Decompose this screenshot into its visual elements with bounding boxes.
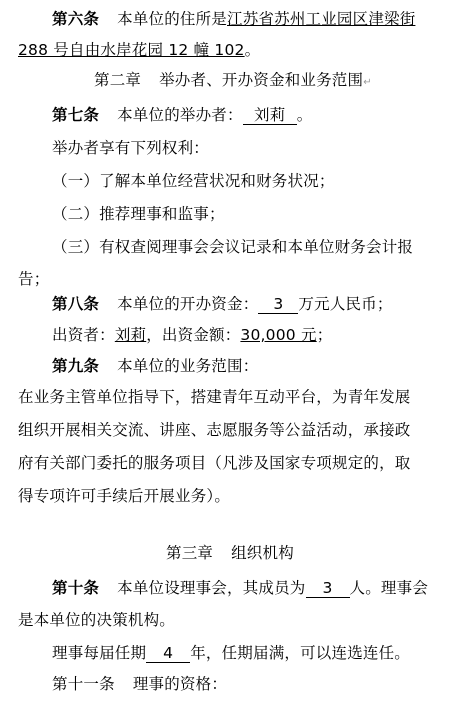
scope-line-2: 组织开展相关交流、讲座、志愿服务等公益活动，承接政 <box>18 420 411 440</box>
article6-text: 本单位的住所是 <box>117 10 227 28</box>
chapter2-heading: 第二章举办者、开办资金和业务范围↵ <box>94 70 372 93</box>
article6-label: 第六条 <box>52 10 99 28</box>
paragraph-mark-icon: ↵ <box>363 77 372 88</box>
investment-amount: 30,000 元 <box>240 326 316 344</box>
scope-line-1: 在业务主管单位指导下，搭建青年互动平台，为青年发展 <box>18 387 411 407</box>
article11-line: 第十一条理事的资格： <box>52 674 227 694</box>
chapter2-label: 第二章 <box>94 71 141 89</box>
member-count-field: 3 <box>306 580 350 598</box>
article10-after: 人。理事会 <box>350 579 429 597</box>
article10-wrap: 是本单位的决策机构。 <box>18 610 175 630</box>
article10-text: 本单位设理事会，其成员为 <box>117 579 305 597</box>
article7-end: 。 <box>297 106 313 124</box>
rights-intro: 举办者享有下列权利： <box>52 138 209 158</box>
term-years-field: 4 <box>146 645 190 663</box>
founder-field: 刘莉 <box>243 107 297 125</box>
article10-label: 第十条 <box>52 579 99 597</box>
address-line1: 江苏省苏州工业园区津梁街 <box>227 10 415 28</box>
address-line2: 288 号自由水岸花园 12 幢 102 <box>18 41 245 59</box>
investor-end: ； <box>317 326 333 344</box>
right-item-2: （二）推荐理事和监事； <box>52 204 225 224</box>
article9-line: 第九条本单位的业务范围： <box>52 356 258 376</box>
term-suffix: 年，任期届满，可以连选连任。 <box>190 644 410 662</box>
chapter3-heading: 第三章组织机构 <box>166 543 294 563</box>
chapter2-title: 举办者、开办资金和业务范围 <box>159 71 363 89</box>
investor-name: 刘莉 <box>115 326 146 344</box>
investment-label: ，出资金额： <box>146 326 240 344</box>
article6-line1: 第六条本单位的住所是江苏省苏州工业园区津梁街 <box>52 9 415 29</box>
article7-text: 本单位的举办者： <box>117 106 243 124</box>
article7-line: 第七条本单位的举办者：刘莉。 <box>52 105 312 125</box>
capital-unit: 万元人民币； <box>298 295 392 313</box>
article8-line: 第八条本单位的开办资金：3万元人民币； <box>52 294 393 314</box>
right-item-1: （一）了解本单位经营状况和财务状况； <box>52 171 335 191</box>
article11-text: 理事的资格： <box>133 675 227 693</box>
investor-line: 出资者：刘莉，出资金额：30,000 元； <box>52 325 332 345</box>
article7-label: 第七条 <box>52 106 99 124</box>
term-line: 理事每届任期4年，任期届满，可以连选连任。 <box>52 643 410 663</box>
article8-text: 本单位的开办资金： <box>117 295 258 313</box>
chapter3-label: 第三章 <box>166 544 213 562</box>
term-prefix: 理事每届任期 <box>52 644 146 662</box>
article11-label: 第十一条 <box>52 675 115 693</box>
article6-end: 。 <box>245 41 261 59</box>
right-item-3: （三）有权查阅理事会会议记录和本单位财务会计报 <box>52 237 413 257</box>
article10-line: 第十条本单位设理事会，其成员为3人。理事会 <box>52 578 428 598</box>
article9-text: 本单位的业务范围： <box>117 357 258 375</box>
article9-label: 第九条 <box>52 357 99 375</box>
scope-line-3: 府有关部门委托的服务项目（凡涉及国家专项规定的，取 <box>18 453 411 473</box>
chapter3-title: 组织机构 <box>231 544 294 562</box>
investor-label: 出资者： <box>52 326 115 344</box>
article6-line2: 288 号自由水岸花园 12 幢 102。 <box>18 40 260 60</box>
article8-label: 第八条 <box>52 295 99 313</box>
capital-amount-field: 3 <box>258 296 298 314</box>
right-item-3-wrap: 告； <box>18 269 49 289</box>
scope-line-4: 得专项许可手续后开展业务）。 <box>18 486 230 506</box>
